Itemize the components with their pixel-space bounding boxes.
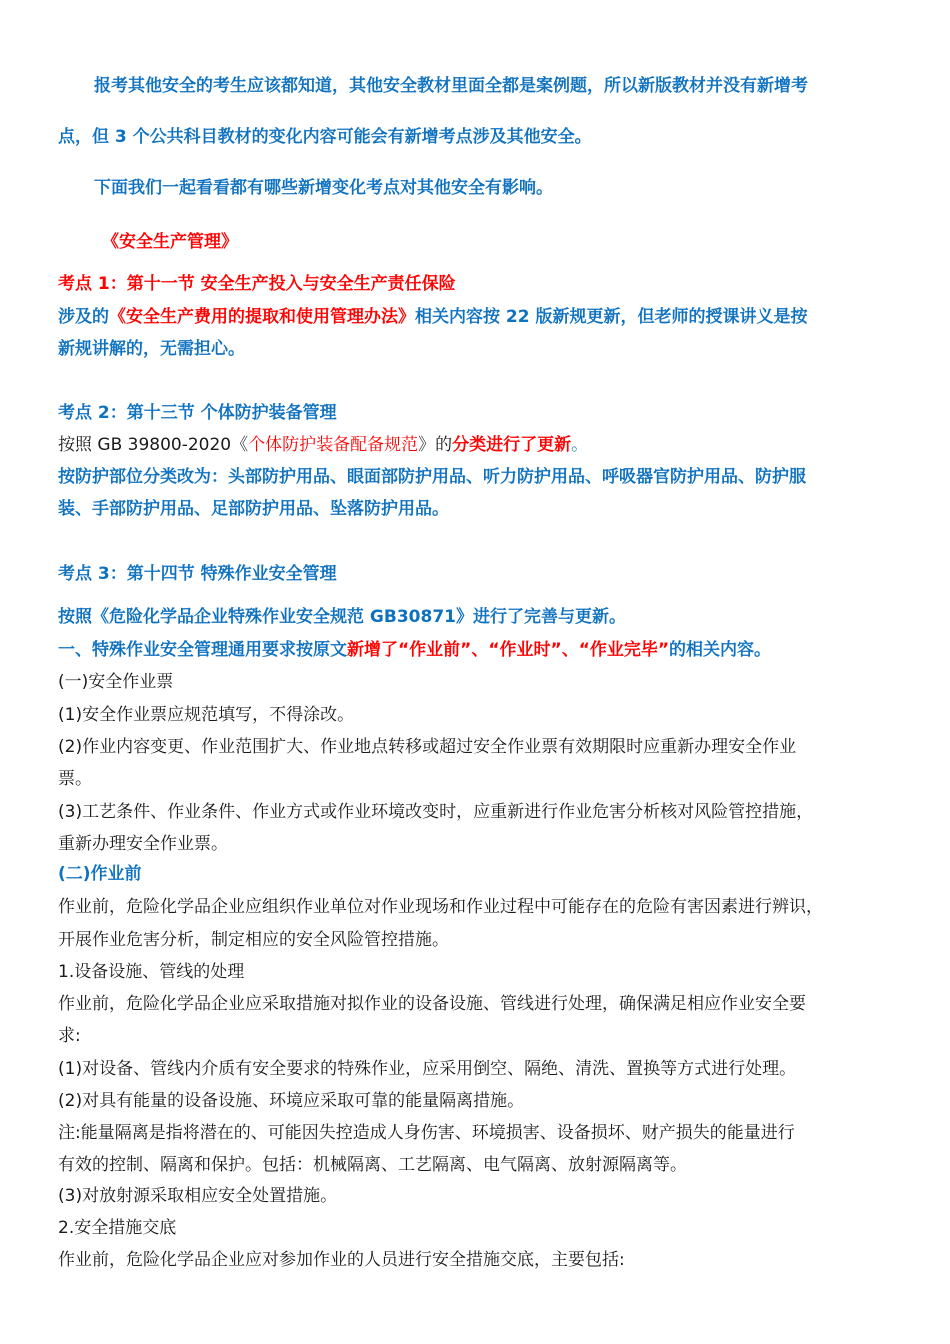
body-line: 作业前，危险化学品企业应组织作业单位对作业现场和作业过程中可能存在的危险有害因素… — [58, 895, 823, 919]
body-line: 开展作业危害分析，制定相应的安全风险管控措施。 — [58, 928, 449, 952]
point-1-line-2: 新规讲解的，无需担心。 — [58, 337, 245, 361]
point-3-emphasis: 新增了“作业前”、“作业时”、“作业完毕” — [347, 640, 669, 660]
body-line: 求: — [58, 1024, 81, 1048]
point-2-line-2: 按防护部位分类改为：头部防护用品、眼面部防护用品、听力防护用品、呼吸器官防护用品… — [58, 465, 806, 489]
body-line: (2)作业内容变更、作业范围扩大、作业地点转移或超过安全作业票有效期限时应重新办… — [58, 735, 796, 759]
body-line: 作业前，危险化学品企业应对参加作业的人员进行安全措施交底，主要包括: — [58, 1248, 625, 1272]
body-line: (一)安全作业票 — [58, 670, 173, 694]
point-1-regulation-ref: 《安全生产费用的提取和使用管理办法》 — [109, 307, 415, 327]
body-line: 2.安全措施交底 — [58, 1216, 176, 1240]
point-3-line-2: 一、特殊作业安全管理通用要求按原文新增了“作业前”、“作业时”、“作业完毕”的相… — [58, 638, 771, 662]
point-2-emphasis: 分类进行了更新 — [452, 435, 571, 455]
body-line: 有效的控制、隔离和保护。包括：机械隔离、工艺隔离、电气隔离、放射源隔离等。 — [58, 1153, 687, 1177]
point-2-line-3: 装、手部防护用品、足部防护用品、坠落防护用品。 — [58, 497, 449, 521]
body-line: 1.设备设施、管线的处理 — [58, 960, 244, 984]
body-line: 票。 — [58, 767, 92, 791]
point-1-line-1: 涉及的《安全生产费用的提取和使用管理办法》相关内容按 22 版新规更新，但老师的… — [58, 305, 808, 329]
body-line: 注:能量隔离是指将潜在的、可能因失控造成人身伤害、环境损害、设备损坏、财产损失的… — [58, 1121, 795, 1145]
intro-paragraph-line-2: 点，但 3 个公共科目教材的变化内容可能会有新增考点涉及其他安全。 — [58, 125, 592, 149]
point-3-line-1: 按照《危险化学品企业特殊作业安全规范 GB30871》进行了完善与更新。 — [58, 605, 626, 629]
point-3-heading: 考点 3：第十四节 特殊作业安全管理 — [58, 562, 337, 586]
body-line: 重新办理安全作业票。 — [58, 832, 228, 856]
body-line: (3)工艺条件、作业条件、作业方式或作业环境改变时，应重新进行作业危害分析核对风… — [58, 800, 813, 824]
point-3-prefix: 一、特殊作业安全管理通用要求按原文 — [58, 640, 347, 660]
point-1-heading: 考点 1：第十一节 安全生产投入与安全生产责任保险 — [58, 272, 456, 296]
point-2-prefix: 按照 GB 39800-2020《 — [58, 435, 248, 455]
point-3-suffix: 的相关内容。 — [669, 640, 771, 660]
intro-paragraph-line-1: 报考其他安全的考生应该都知道，其他安全教材里面全都是案例题，所以新版教材并没有新… — [94, 74, 808, 98]
book-title: 《安全生产管理》 — [102, 230, 238, 254]
body-line: (3)对放射源采取相应安全处置措施。 — [58, 1184, 337, 1208]
point-1-suffix: 相关内容按 22 版新规更新，但老师的授课讲义是按 — [415, 307, 808, 327]
intro-paragraph-2: 下面我们一起看看都有哪些新增变化考点对其他安全有影响。 — [94, 176, 553, 200]
body-line: (1)安全作业票应规范填写，不得涂改。 — [58, 703, 354, 727]
point-2-line-1: 按照 GB 39800-2020《个体防护装备配备规范》的分类进行了更新。 — [58, 433, 588, 457]
body-line: (1)对设备、管线内介质有安全要求的特殊作业，应采用倒空、隔绝、清洗、置换等方式… — [58, 1057, 796, 1081]
body-line: 作业前，危险化学品企业应采取措施对拟作业的设备设施、管线进行处理，确保满足相应作… — [58, 992, 806, 1016]
point-2-standard-ref: 个体防护装备配备规范 — [248, 435, 418, 455]
point-2-end: 。 — [571, 435, 588, 455]
section-heading-before-work: (二)作业前 — [58, 862, 142, 886]
point-2-heading: 考点 2：第十三节 个体防护装备管理 — [58, 401, 337, 425]
point-2-mid: 》的 — [418, 435, 452, 455]
body-line: (2)对具有能量的设备设施、环境应采取可靠的能量隔离措施。 — [58, 1089, 524, 1113]
point-1-prefix: 涉及的 — [58, 307, 109, 327]
